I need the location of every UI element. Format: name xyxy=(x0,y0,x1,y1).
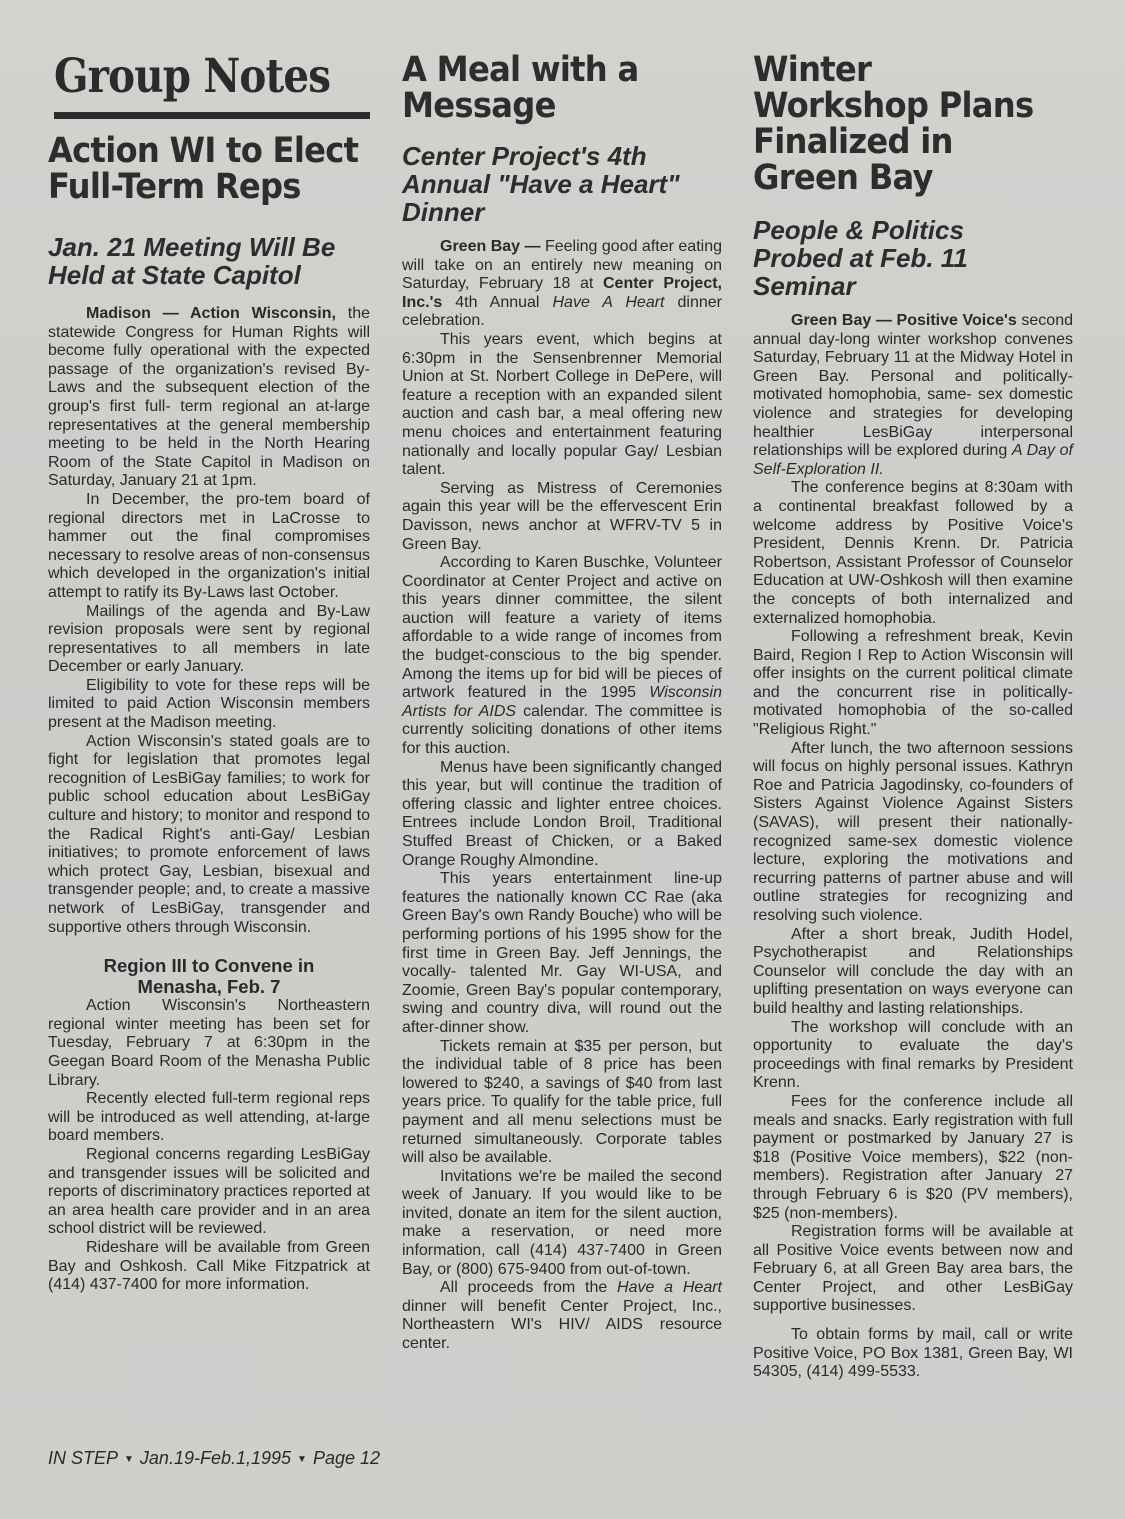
paragraph: Madison — Action Wisconsin, the statewid… xyxy=(48,305,370,491)
column-group-notes: Group Notes Action WI to Elect Full-Term… xyxy=(48,52,370,1295)
paragraph: Menus have been significantly changed th… xyxy=(402,759,722,871)
paragraph: The workshop will conclude with an oppor… xyxy=(753,1019,1073,1093)
deck-center-project-dinner: Center Project's 4th Annual "Have a Hear… xyxy=(402,142,722,226)
paragraph: Invitations we're be mailed the second w… xyxy=(402,1168,722,1280)
paragraph: Green Bay — Feeling good after eating wi… xyxy=(402,238,722,331)
page-number: Page 12 xyxy=(313,1448,380,1468)
page-footer: IN STEP▼Jan.19-Feb.1,1995▼Page 12 xyxy=(48,1448,380,1469)
paragraph: The conference begins at 8:30am with a c… xyxy=(753,479,1073,628)
subhead-region-iii: Region III to Convene in Menasha, Feb. 7 xyxy=(48,955,370,997)
article-body-workshop: Green Bay — Positive Voice's second annu… xyxy=(753,312,1073,1382)
publication-name: IN STEP xyxy=(48,1448,118,1468)
paragraph: Recently elected full-term regional reps… xyxy=(48,1090,370,1146)
paragraph: Eligibility to vote for these reps will … xyxy=(48,677,370,733)
paragraph: After a short break, Judith Hodel, Psych… xyxy=(753,926,1073,1019)
article-body-action-wi: Madison — Action Wisconsin, the statewid… xyxy=(48,305,370,937)
headline-winter-workshop: Winter Workshop Plans Finalized in Green… xyxy=(753,52,1047,196)
article-body-region-iii: Action Wisconsin's Northeastern regional… xyxy=(48,997,370,1295)
paragraph: According to Karen Buschke, Volunteer Co… xyxy=(402,554,722,759)
paragraph: Fees for the conference include all meal… xyxy=(753,1093,1073,1223)
triangle-separator-icon: ▼ xyxy=(297,1454,307,1465)
paragraph: Following a refreshment break, Kevin Bai… xyxy=(753,628,1073,740)
paragraph: Regional concerns regarding LesBiGay and… xyxy=(48,1146,370,1239)
column-meal-with-message: A Meal with a Message Center Project's 4… xyxy=(402,52,722,1354)
paragraph: This years entertainment line-up feature… xyxy=(402,870,722,1037)
paragraph: Tickets remain at $35 per person, but th… xyxy=(402,1038,722,1168)
deck-jan-21-meeting: Jan. 21 Meeting Will Be Held at State Ca… xyxy=(48,233,348,289)
paragraph: To obtain forms by mail, call or write P… xyxy=(753,1326,1073,1382)
paragraph: Registration forms will be available at … xyxy=(753,1223,1073,1316)
paragraph: Mailings of the agenda and By-Law revisi… xyxy=(48,603,370,677)
paragraph: Action Wisconsin's stated goals are to f… xyxy=(48,733,370,938)
newspaper-page: Group Notes Action WI to Elect Full-Term… xyxy=(0,0,1125,1519)
headline-action-wi: Action WI to Elect Full-Term Reps xyxy=(48,133,379,205)
article-body-meal: Green Bay — Feeling good after eating wi… xyxy=(402,238,722,1354)
section-title: Group Notes xyxy=(54,52,326,102)
issue-dates: Jan.19-Feb.1,1995 xyxy=(140,1448,291,1468)
headline-meal-message: A Meal with a Message xyxy=(402,52,678,124)
paragraph: Action Wisconsin's Northeastern regional… xyxy=(48,997,370,1090)
paragraph: Green Bay — Positive Voice's second annu… xyxy=(753,312,1073,479)
paragraph: After lunch, the two afternoon sessions … xyxy=(753,740,1073,926)
paragraph: This years event, which begins at 6:30pm… xyxy=(402,331,722,480)
triangle-separator-icon: ▼ xyxy=(124,1454,134,1465)
paragraph: Serving as Mistress of Ceremonies again … xyxy=(402,480,722,554)
paragraph: Rideshare will be available from Green B… xyxy=(48,1239,370,1295)
deck-people-politics: People & Politics Probed at Feb. 11 Semi… xyxy=(753,216,1033,300)
column-winter-workshop: Winter Workshop Plans Finalized in Green… xyxy=(753,52,1073,1382)
section-divider xyxy=(54,112,370,119)
paragraph: In December, the pro-tem board of region… xyxy=(48,491,370,603)
paragraph: All proceeds from the Have a Heart dinne… xyxy=(402,1279,722,1353)
